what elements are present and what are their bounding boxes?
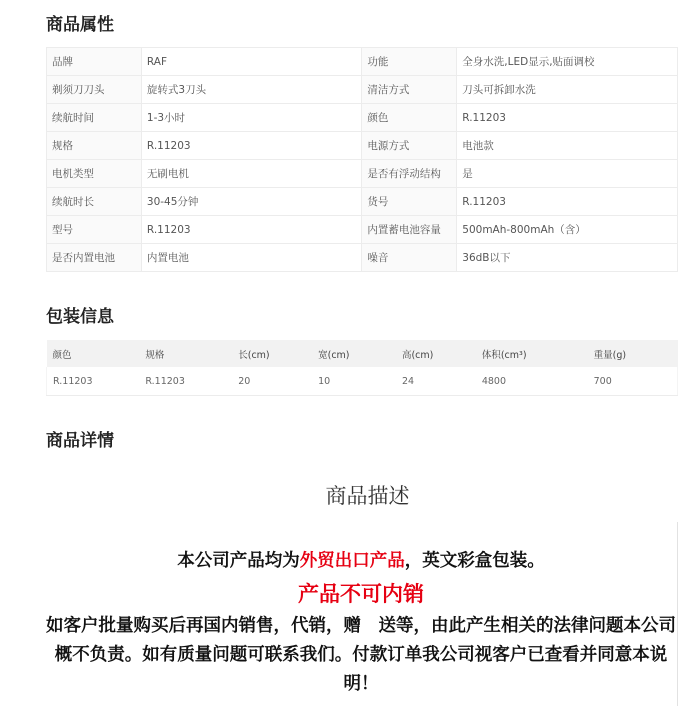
- column-header: 规格: [139, 340, 232, 367]
- table-row: 电机类型 无刷电机 是否有浮动结构 是: [47, 160, 678, 188]
- table-row: 续航时长 30-45分钟 货号 R.11203: [47, 188, 678, 216]
- table-row: 品牌 RAF 功能 全身水洗,LED显示,贴面调校: [47, 48, 678, 76]
- attributes-table: 品牌 RAF 功能 全身水洗,LED显示,贴面调校 剃须刀刀头 旋转式3刀头 清…: [46, 47, 678, 272]
- table-row: 续航时间 1-3小时 颜色 R.11203: [47, 104, 678, 132]
- table-row: 型号 R.11203 内置蓄电池容量 500mAh-800mAh（含）: [47, 216, 678, 244]
- attr-value: 1-3小时: [141, 104, 361, 132]
- table-cell: 24: [396, 367, 476, 396]
- table-cell: R.11203: [47, 367, 140, 396]
- attr-key: 品牌: [47, 48, 142, 76]
- table-row: 是否内置电池 内置电池 噪音 36dB以下: [47, 244, 678, 272]
- notice-line-2: 产品不可内销: [44, 578, 678, 608]
- attr-value: RAF: [141, 48, 361, 76]
- attr-value: R.11203: [141, 216, 361, 244]
- column-header: 长(cm): [232, 340, 312, 367]
- attr-key: 续航时长: [47, 188, 142, 216]
- attr-key: 电机类型: [47, 160, 142, 188]
- attr-value: 无刷电机: [141, 160, 361, 188]
- attr-key: 清洁方式: [362, 76, 457, 104]
- column-header: 颜色: [47, 340, 140, 367]
- attr-key: 是否内置电池: [47, 244, 142, 272]
- attr-value: 电池款: [457, 132, 678, 160]
- table-cell: 4800: [476, 367, 588, 396]
- attr-value: 内置电池: [141, 244, 361, 272]
- column-header: 高(cm): [396, 340, 476, 367]
- table-cell: 700: [588, 367, 678, 396]
- attr-key: 型号: [47, 216, 142, 244]
- details-title: 商品详情: [46, 426, 114, 451]
- attr-key: 电源方式: [362, 132, 457, 160]
- table-cell: 10: [312, 367, 396, 396]
- attr-key: 颜色: [362, 104, 457, 132]
- attr-value: 是: [457, 160, 678, 188]
- column-header: 宽(cm): [312, 340, 396, 367]
- attr-value: R.11203: [457, 104, 678, 132]
- notice-suffix: ，英文彩盒包装。: [405, 551, 545, 571]
- attr-key: 噪音: [362, 244, 457, 272]
- attr-key: 规格: [47, 132, 142, 160]
- column-header: 重量(g): [588, 340, 678, 367]
- notice-line-1: 本公司产品均为外贸出口产品，英文彩盒包装。: [44, 547, 678, 572]
- column-header: 体积(cm³): [476, 340, 588, 367]
- attr-key: 内置蓄电池容量: [362, 216, 457, 244]
- attr-value: 36dB以下: [457, 244, 678, 272]
- attr-key: 是否有浮动结构: [362, 160, 457, 188]
- attr-value: R.11203: [141, 132, 361, 160]
- notice-line-3: 如客户批量购买后再国内销售，代销，赠 送等，由此产生相关的法律问题本公司概不负责…: [44, 612, 678, 699]
- description-title: 商品描述: [0, 480, 699, 510]
- attr-value: 刀头可拆卸水洗: [457, 76, 678, 104]
- table-header-row: 颜色 规格 长(cm) 宽(cm) 高(cm) 体积(cm³) 重量(g): [47, 340, 678, 367]
- table-row: R.11203 R.11203 20 10 24 4800 700: [47, 367, 678, 396]
- notice-highlight: 外贸出口产品: [300, 551, 405, 571]
- packaging-title: 包装信息: [46, 302, 114, 327]
- attr-value: 全身水洗,LED显示,贴面调校: [457, 48, 678, 76]
- attr-value: R.11203: [457, 188, 678, 216]
- attr-key: 货号: [362, 188, 457, 216]
- attr-value: 30-45分钟: [141, 188, 361, 216]
- notice-prefix: 本公司产品均为: [177, 551, 300, 571]
- table-cell: 20: [232, 367, 312, 396]
- table-cell: R.11203: [139, 367, 232, 396]
- packaging-table: 颜色 规格 长(cm) 宽(cm) 高(cm) 体积(cm³) 重量(g) R.…: [46, 340, 678, 396]
- attributes-title: 商品属性: [46, 10, 114, 35]
- attr-value: 旋转式3刀头: [141, 76, 361, 104]
- attr-value: 500mAh-800mAh（含）: [457, 216, 678, 244]
- attr-key: 续航时间: [47, 104, 142, 132]
- attr-key: 剃须刀刀头: [47, 76, 142, 104]
- table-row: 剃须刀刀头 旋转式3刀头 清洁方式 刀头可拆卸水洗: [47, 76, 678, 104]
- attr-key: 功能: [362, 48, 457, 76]
- table-row: 规格 R.11203 电源方式 电池款: [47, 132, 678, 160]
